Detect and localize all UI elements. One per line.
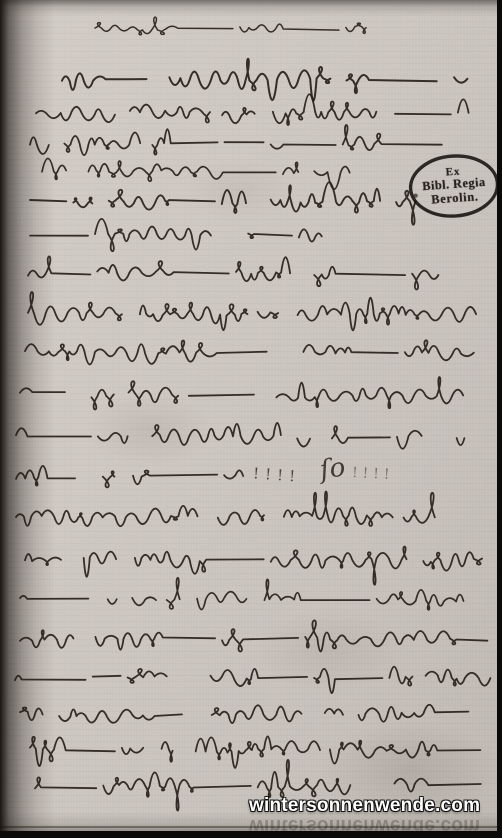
handwritten-line-1: Abends Montags am 6ten Juli — (95, 17, 366, 35)
handwritten-line-15: der Güte der Menschen hier (25, 547, 482, 585)
handwriting-layer: Abends Montags am 6ten Juli —Du leidest … (0, 0, 502, 838)
library-stamp: Ex Bibl. Regia Berolin. (405, 148, 502, 224)
handwritten-line-11: mir und dir rede ich mache (20, 377, 463, 409)
handwritten-line-9: geht — du leidest — ach wo (28, 292, 476, 330)
handwritten-line-8: die Post von hier nach K. (28, 256, 438, 289)
handwritten-line-10: ich bin, bist du mit mir, mit (25, 340, 474, 364)
handwritten-line-13: welches Leben!!!! so!!!! (16, 466, 243, 487)
handwritten-line-17: wenig verdienen zu wollen, als (20, 620, 487, 651)
handwritten-mark: !!!! (252, 464, 301, 485)
handwritten-line-14: ohne dich — verfolgt von (16, 492, 435, 527)
scan-edge-right (497, 0, 502, 838)
scan-crease-line (0, 826, 502, 828)
handwritten-line-5: aufgegeben werden müssen — (42, 158, 350, 189)
handwritten-line-16: und da, die ich meyne — eben so (20, 578, 463, 610)
scan-edge-bottom (0, 831, 502, 838)
scanned-manuscript-page: Abends Montags am 6ten Juli —Du leidest … (0, 0, 502, 838)
handwritten-line-4: daß die Briefe in aller Frühe (30, 125, 442, 155)
handwritten-mark: ſo (318, 452, 347, 485)
handwritten-line-12: daß ich mit dir leben kann, (16, 423, 464, 449)
handwritten-line-6: Montags — Donnerstags — (30, 182, 416, 225)
handwriting-marks-layer: !!!!ſo!!!! (0, 0, 502, 838)
stamp-text: Ex Bibl. Regia Berolin. (405, 148, 502, 224)
handwritten-line-20: Menschen — sie schmerzt (30, 736, 480, 768)
handwritten-line-18: sie zu verdienen — Demuth (15, 667, 490, 693)
handwritten-line-3: Wesen — eben jezt nehme ich wahr (36, 94, 469, 125)
handwritten-line-7: die einzigen Tage wo (30, 219, 322, 251)
handwritten-mark: !!!! (352, 465, 395, 483)
handwritten-line-2: Du leidest du mein theuerstes (62, 59, 467, 101)
watermark-url: wintersonnenwende.com (249, 795, 480, 817)
stamp-line-berolin: Berolin. (431, 190, 479, 207)
handwritten-line-19: des Menschen gegen den (20, 705, 468, 723)
